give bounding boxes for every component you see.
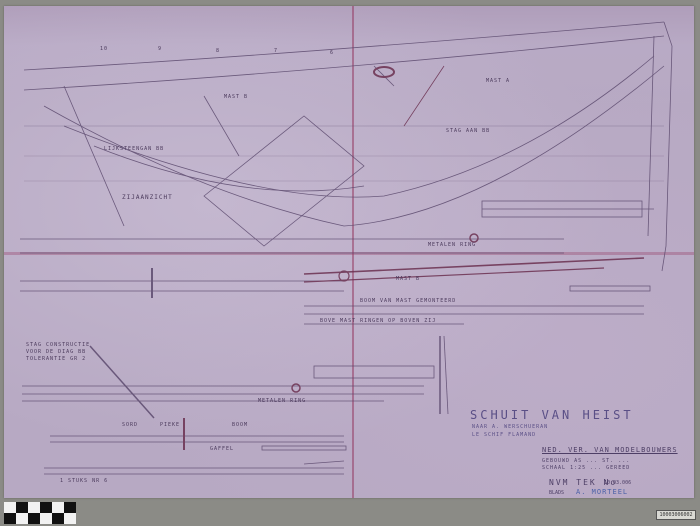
station-mark-9: 9	[158, 46, 162, 52]
station-mark-10: 10	[100, 46, 108, 52]
color-scale-bar	[4, 502, 122, 524]
author-name: A. MORTEEL	[576, 488, 628, 496]
label-boom-top: BOOM VAN MAST GEMONTEERD	[360, 298, 456, 304]
label-rings: METALEN RING	[258, 398, 306, 404]
detail-note-line-2: VOOR DE DIAG BB	[26, 349, 86, 355]
station-mark-7: 7	[274, 48, 278, 54]
label-spar-left: LIJKSTEENGAN BB	[104, 146, 164, 152]
ship-drawing	[4, 6, 694, 498]
label-spar-sord: SORD	[122, 422, 138, 428]
label-boom-bottom: BOVE MAST RINGEN OP BOVEN ZIJ	[320, 318, 436, 324]
label-bottom-note: 1 STUKS NR 6	[60, 478, 108, 484]
label-mast-a: MAST A	[486, 78, 510, 84]
detail-note-line-1: STAG CONSTRUCTIE	[26, 342, 90, 348]
subtitle-line-2: LE SCHIF FLAMAND	[472, 432, 536, 438]
label-spar-right: STAG AAN BB	[446, 128, 490, 134]
subtitle-line-1: NAAR A. WERSCHUERAN	[472, 424, 548, 430]
blueprint-sheet: ZIJAANZICHT MAST B MAST A LIJKSTEENGAN B…	[4, 6, 694, 498]
label-side-view: ZIJAANZICHT	[122, 194, 173, 201]
station-mark-6: 6	[330, 50, 334, 56]
drawing-number: 10.03.006	[604, 480, 631, 486]
label-metal-ring: METALEN RING	[428, 242, 476, 248]
label-mast-b: MAST B	[224, 94, 248, 100]
label-spar-pieke: PIEKE	[160, 422, 180, 428]
label-mast-b-2: MAST B	[396, 276, 420, 282]
catalog-tag: 10003006002	[656, 510, 696, 520]
station-mark-8: 8	[216, 48, 220, 54]
drawing-title: SCHUIT VAN HEIST	[470, 408, 634, 422]
organization-name: NED. VER. VAN MODELBOUWERS	[542, 446, 678, 454]
label-gaff: GAFFEL	[210, 446, 234, 452]
sheet-label: BLADS	[549, 490, 564, 496]
label-spar-boom: BOOM	[232, 422, 248, 428]
info-line-2: SCHAAL 1:25 ... GEREED	[542, 465, 630, 471]
info-line-1: GEBOUWD AS ... ST. ...	[542, 458, 630, 464]
detail-note-line-3: TOLERANTIE GR 2	[26, 356, 86, 362]
